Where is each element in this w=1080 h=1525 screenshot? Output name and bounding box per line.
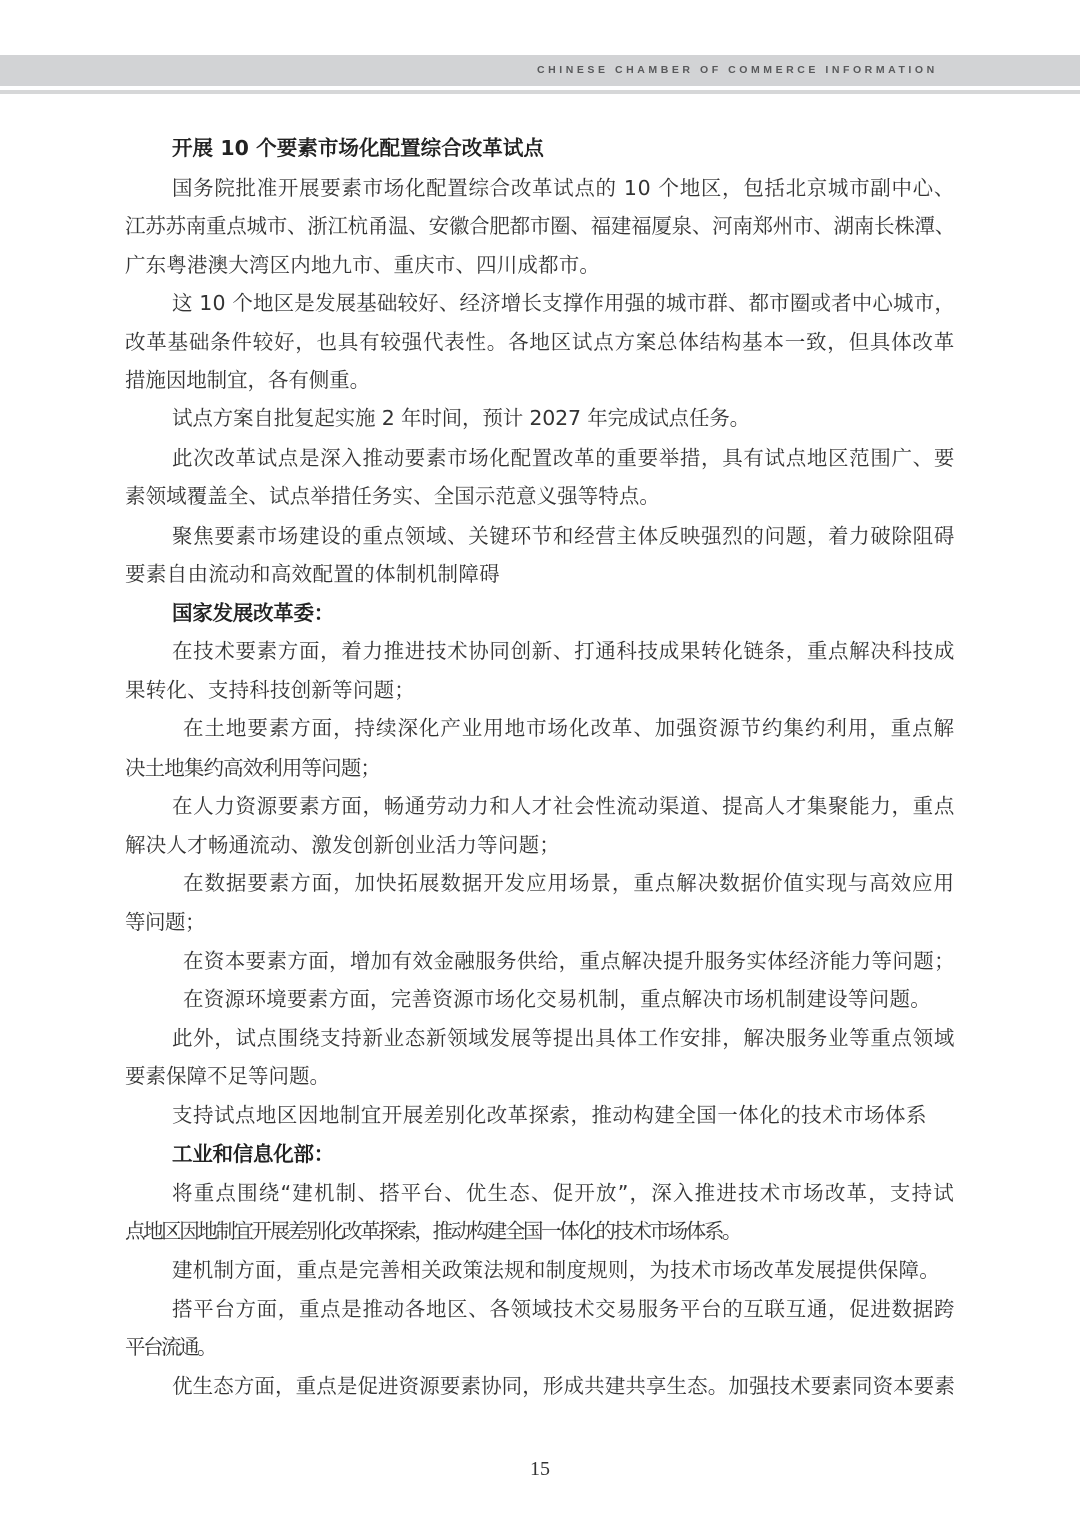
paragraph-line: 在技术要素方面，着力推进技术协同创新、打通科技成果转化链条，重点解决科技成 (172, 639, 955, 663)
paragraph-line: 点地区因地制宜开展差别化改革探索，推动构建全国一体化的技术市场体系。 (125, 1219, 740, 1243)
paragraph-line: 广东粤港澳大湾区内地九市、重庆市、四川成都市。 (125, 253, 600, 277)
paragraph-line: 要素保障不足等问题。 (125, 1064, 330, 1088)
paragraph-line: 决土地集约高效利用等问题； (125, 756, 380, 780)
paragraph-line: 江苏苏南重点城市、浙江杭甬温、安徽合肥都市圈、福建福厦泉、河南郑州市、湖南长株潭… (125, 214, 955, 238)
paragraph-line: 聚焦要素市场建设的重点领域、关键环节和经营主体反映强烈的问题，着力破除阻碍 (172, 524, 955, 548)
paragraph-line: 在资本要素方面，增加有效金融服务供给，重点解决提升服务实体经济能力等问题； (183, 949, 955, 973)
paragraph-line: 在数据要素方面，加快拓展数据开发应用场景，重点解决数据价值实现与高效应用 (183, 871, 955, 895)
paragraph-line: 在资源环境要素方面，完善资源市场化交易机制，重点解决市场机制建设等问题。 (183, 987, 931, 1011)
paragraph-line: 国务院批准开展要素市场化配置综合改革试点的 10 个地区，包括北京城市副中心、 (172, 176, 955, 200)
paragraph-line: 将重点围绕“建机制、搭平台、优生态、促开放”，深入推进技术市场改革，支持试 (172, 1181, 955, 1205)
paragraph-line: 建机制方面，重点是完善相关政策法规和制度规则，为技术市场改革发展提供保障。 (172, 1258, 940, 1282)
paragraph-line: 这 10 个地区是发展基础较好、经济增长支撑作用强的城市群、都市圈或者中心城市， (172, 291, 955, 315)
paragraph-line: 优生态方面，重点是促进资源要素协同，形成共建共享生态。加强技术要素同资本要素 (172, 1374, 955, 1398)
paragraph-line: 改革基础条件较好，也具有较强代表性。各地区试点方案总体结构基本一致，但具体改革 (125, 330, 955, 354)
page-number: 15 (0, 1458, 1080, 1481)
section-heading: 开展 10 个要素市场化配置综合改革试点 (172, 136, 544, 160)
section-heading: 国家发展改革委： (172, 601, 334, 625)
section-heading: 工业和信息化部： (172, 1142, 334, 1166)
paragraph-line: 支持试点地区因地制宜开展差别化改革探索，推动构建全国一体化的技术市场体系 (172, 1103, 927, 1127)
paragraph-line: 解决人才畅通流动、激发创新创业活力等问题； (125, 833, 560, 857)
paragraph-line: 果转化、支持科技创新等问题； (125, 678, 415, 702)
paragraph-line: 搭平台方面，重点是推动各地区、各领域技术交易服务平台的互联互通，促进数据跨 (172, 1297, 955, 1321)
paragraph-line: 等问题； (125, 910, 205, 934)
header-rule (0, 90, 1080, 94)
paragraph-line: 试点方案自批复起实施 2 年时间，预计 2027 年完成试点任务。 (172, 406, 750, 430)
paragraph-line: 此外，试点围绕支持新业态新领域发展等提出具体工作安排，解决服务业等重点领域 (172, 1026, 955, 1050)
paragraph-line: 此次改革试点是深入推动要素市场化配置改革的重要举措，具有试点地区范围广、要 (172, 446, 955, 470)
paragraph-line: 措施因地制宜，各有侧重。 (125, 368, 370, 392)
paragraph-line: 在土地要素方面，持续深化产业用地市场化改革、加强资源节约集约利用，重点解 (183, 716, 955, 740)
paragraph-line: 平台流通。 (125, 1335, 215, 1359)
paragraph-line: 素领域覆盖全、试点举措任务实、全国示范意义强等特点。 (125, 484, 660, 508)
publication-name: CHINESE CHAMBER OF COMMERCE INFORMATION (537, 64, 947, 76)
paragraph-line: 在人力资源要素方面，畅通劳动力和人才社会性流动渠道、提高人才集聚能力，重点 (172, 794, 955, 818)
paragraph-line: 要素自由流动和高效配置的体制机制障碍 (125, 562, 500, 586)
